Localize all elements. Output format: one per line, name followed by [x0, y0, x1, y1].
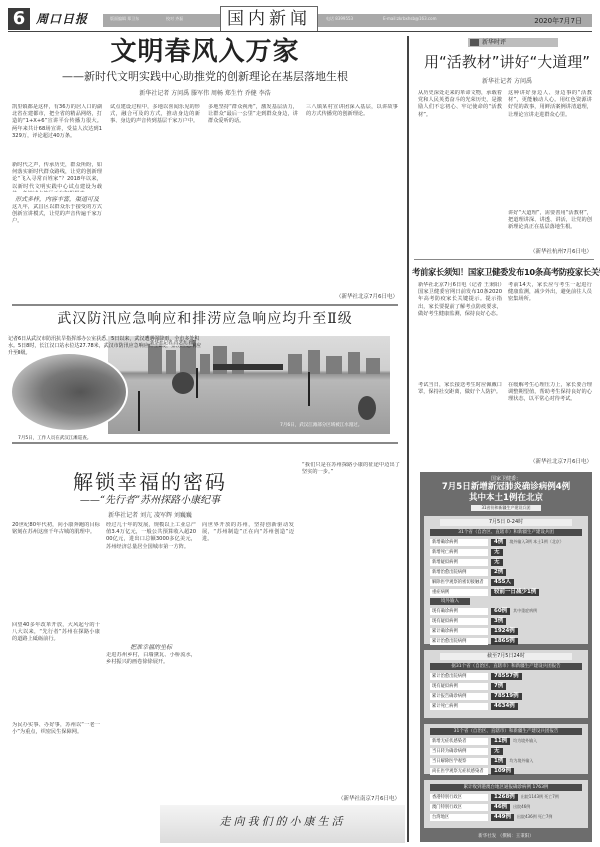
article2-paragraph: 走进苏州乡村，白墙黛瓦、小桥流水，乡村振兴的画卷徐徐展开。: [106, 652, 196, 802]
article2-paragraph: 20世纪80年代初，向小康奔跑的目标铭刻在苏州这座千年古城的肌理中。: [12, 522, 100, 622]
section-divider: [12, 304, 398, 306]
stat-row: 累计治愈出院病例1865例: [430, 637, 582, 645]
issue-date: 2020年7月7日: [534, 16, 582, 26]
stat-row: 当日解除医学观察1例均为境外输入: [430, 757, 582, 765]
panel-subband: 境外输入: [430, 598, 470, 605]
stat-row: 台湾地区449例出院436例 死亡7例: [430, 813, 582, 821]
stat-row: 当日转为确诊病例无: [430, 747, 582, 755]
lead-subhead: 形式多样，内容丰富，渠道可及: [12, 194, 102, 203]
lamp-post: [196, 368, 198, 398]
section-divider: [12, 442, 398, 444]
commentary-paragraph: 这种讲好身边人、身边事的“活教材”，更能触动人心。用红色资源讲好党的故事，用鲜活…: [508, 90, 592, 210]
panel-daily: 7月5日 0-24时 31个省（自治区、直辖市）和新疆生产建设兵团 新增确诊病例…: [424, 516, 588, 644]
stat-row: 累计治愈出院病例78557例: [430, 672, 582, 680]
article2-dateline: （新华社南京7月6日电）: [302, 794, 400, 802]
commentary-paragraph: 从历史深处走来的革命文物，承载着党和人民英勇奋斗的光荣历史，是激励人们不忘初心、…: [418, 90, 502, 256]
stat-row: 新增治愈出院病例2例: [430, 568, 582, 576]
stat-row: 新增死亡病例无: [430, 548, 582, 556]
gaokao-paragraph: 考试当日，家长接送考生时应佩戴口罩，保持社交距离，做好个人防护。: [418, 382, 502, 464]
lamp-post: [138, 391, 140, 431]
infographic-headline: 7月5日新增新冠肺炎确诊病例4例: [420, 482, 592, 493]
tree: [358, 396, 376, 420]
lead-paragraph: 三八镇某村宣讲团深入基层，以讲故事的方式传播党的创新理论。: [306, 104, 398, 289]
infographic-pre: 国家卫健委：: [420, 475, 592, 482]
gaokao-paragraph: 在缓解考生心理压力上，家长要合理调整期望值，帮助考生保持良好的心理状态，以平常心…: [508, 382, 592, 456]
lead-paragraph: 这九年，武昌区以群众乐于接受的方式创新宣讲模式，让党的声音传遍千家万户。: [12, 204, 102, 304]
stat-row: 现有疑似病例7例: [430, 682, 582, 690]
column-divider: [407, 36, 409, 842]
commentary-title: 用“活教材”讲好“大道理”: [414, 52, 600, 72]
stat-row: 新增确诊病例4例境外输入3例 本土1例（北京）: [430, 538, 582, 546]
panel-title: 7月5日 0-24时: [440, 519, 571, 526]
flood-inset-photo: [10, 352, 128, 432]
article2-paragraph: “我们只是在苏州探路小康的征途中迈出了坚实的一步。”: [302, 462, 400, 792]
masthead-rule: [8, 31, 592, 32]
panel-band: 31个省（自治区、直辖市）和新疆生产建设兵团: [430, 529, 582, 536]
commentary-byline: 新华社记者 方问禹: [414, 76, 600, 85]
lead-article-subtitle: ——新时代文明实践中心助推党的创新理论在基层落地生根: [0, 70, 410, 84]
lead-article-title: 文明春风入万家: [0, 36, 410, 68]
panel-hk-mo-tw: 累计收到港澳台地区通报确诊病例 1763例 香港特别行政区1268例出院1143…: [424, 780, 588, 828]
stat-row: 澳门特别行政区46例出院46例: [430, 803, 582, 811]
stat-row: 解除医学观察的密切接触者455人: [430, 578, 582, 586]
article2-paragraph: 向世界开放的苏州，坚持创新驱动发展，“苏州制造”正在向“苏州创造”迈进。: [202, 522, 294, 802]
covid-infographic: 国家卫健委： 7月5日新增新冠肺炎确诊病例4例 其中本土1例在北京 31省份和新…: [420, 472, 592, 842]
banner-text: 走向我们的小康生活: [160, 815, 405, 829]
article2-subtitle: ——“先行者”苏州探路小康纪事: [0, 494, 300, 508]
panel-title: 截至7月5日24时: [440, 653, 571, 660]
photo-credit: 新华社记者 肖艺九 摄: [150, 340, 193, 346]
article2-byline: 新华社记者 刘亢 凌军辉 刘巍巍: [0, 510, 300, 519]
gaokao-paragraph: 新华社北京7月6日电（记者 王秉阳）国家卫健委官网日前发布10条2020年高考防…: [418, 282, 502, 382]
article2-title: 解锁幸福的密码: [0, 470, 300, 494]
panel-band: 累计收到港澳台地区通报确诊病例 1763例: [430, 784, 582, 791]
article2-paragraph: 经过几十年的发展，规模以上工业总产值3.4万亿元，一般公共预算收入超2000亿元…: [106, 522, 196, 640]
stat-row: 重症病例较前一日减少1例: [430, 588, 582, 596]
article2-subhead: 把准幸福的坐标: [106, 642, 196, 651]
stat-row: 累计死亡病例4634例: [430, 702, 582, 710]
lead-paragraph: 多地坚持“群众视角”，激发基层活力，让群众“最后一公里”走到群众身边，讲群众爱听…: [208, 104, 298, 304]
infographic-headline-2: 其中本土1例在北京: [420, 493, 592, 504]
gaokao-paragraph: 考前14天，家长应与考生一起进行健康监测，减少外出，避免前往人员密集场所。: [508, 282, 592, 382]
lead-paragraph: 新时代之声，传承历史，群众所盼，如何落实新时代群众路线，让党的创新理论“飞入寻常…: [12, 162, 102, 192]
photo-caption: 7月6日，武汉江滩部分区域被江水漫过。: [280, 422, 362, 428]
paper-name-logo: 周口日报: [36, 11, 88, 27]
infographic-footer: 新华社发 （撰稿：王秉阳）: [420, 833, 592, 839]
lead-paragraph: 试点建设过程中，多地以喜闻乐见的形式，融合可及的方式，推动身边的新事、身边的声音…: [110, 104, 200, 304]
stat-row: 累计报告确诊病例78519例: [430, 692, 582, 700]
stat-row: 香港特别行政区1268例出院1143例 死亡7例: [430, 793, 582, 801]
lamp-post: [308, 372, 310, 406]
stat-row: 新增无症状感染者11例均为境外输入: [430, 737, 582, 745]
tree: [172, 372, 194, 394]
gaokao-dateline: （新华社北京7月6日电）: [508, 457, 592, 465]
stat-row: 累计确诊病例1924例: [430, 627, 582, 635]
infographic-source-bar: 31省份和新疆生产建设兵团: [471, 505, 541, 511]
phone: 电话 8399553: [326, 16, 353, 22]
article2-paragraph: 回望40多年改革开放，大风起兮的十八大以来，“先行者”苏州在探路小康的道路上砥砺…: [12, 622, 100, 722]
stat-row: 现有确诊病例60例其中重症病例: [430, 607, 582, 615]
inset-caption: 7月5日，工作人员在武汉江滩巡查。: [18, 435, 91, 441]
gaokao-headline: 考前家长须知！国家卫健委发布10条高考防疫家长关键提示: [412, 266, 600, 278]
section-divider: [414, 259, 594, 260]
commentary-dateline: （新华社杭州7月6日电）: [508, 247, 592, 255]
lead-paragraph: 凯里镇都是这样，有36万的居人口的湖北省在建都市，把全省的精品网络，打造的“1+…: [12, 104, 102, 162]
panel-band: 31个省（自治区、直辖市）和新疆生产建设兵团报告: [430, 728, 582, 735]
column-tag: 新华时评: [468, 38, 558, 47]
lead-article-byline: 新华社记者 方问禹 滕军伟 周畅 郑生竹 乔健 李浩: [0, 88, 410, 97]
panel-asymptomatic: 31个省（自治区、直辖市）和新疆生产建设兵团报告 新增无症状感染者11例均为境外…: [424, 724, 588, 774]
designer-credit: 校对 齐磊: [166, 16, 183, 22]
xiaokang-banner: 走向我们的小康生活: [160, 805, 405, 843]
lead-dateline: （新华社北京7月6日电）: [306, 292, 398, 300]
stat-row: 尚在医学观察无症状感染者109例: [430, 767, 582, 775]
panel-band: 据31个省（自治区、直辖市）和新疆生产建设兵团报告: [430, 663, 582, 670]
page-number: 6: [8, 8, 30, 30]
panel-cumulative: 截至7月5日24时 据31个省（自治区、直辖市）和新疆生产建设兵团报告 累计治愈…: [424, 650, 588, 718]
stat-row: 现有疑似病例3例: [430, 617, 582, 625]
masthead: 6 周口日报 版面编辑 郑卫东 校对 齐磊 国内新闻 电话 8399553 E-…: [8, 8, 592, 30]
flood-headline: 武汉防汛应急响应和排涝应急响应均升至Ⅱ级: [0, 310, 410, 328]
email: E-mail:zkrbxhsb@163.com: [383, 16, 436, 21]
article2-paragraph: 为民办实事、办好事，苏州以“一老一小”为重点，织密民生保障网。: [12, 722, 100, 842]
editor-credit: 版面编辑 郑卫东: [110, 16, 139, 22]
cargo-boat: [213, 364, 283, 370]
stat-row: 新增疑似病例无: [430, 558, 582, 566]
section-title: 国内新闻: [220, 6, 318, 32]
commentary-paragraph: 讲好“大道理”，需要善用“活教材”，把道理讲深、讲透、讲活，让党的创新理论真正在…: [508, 210, 592, 246]
